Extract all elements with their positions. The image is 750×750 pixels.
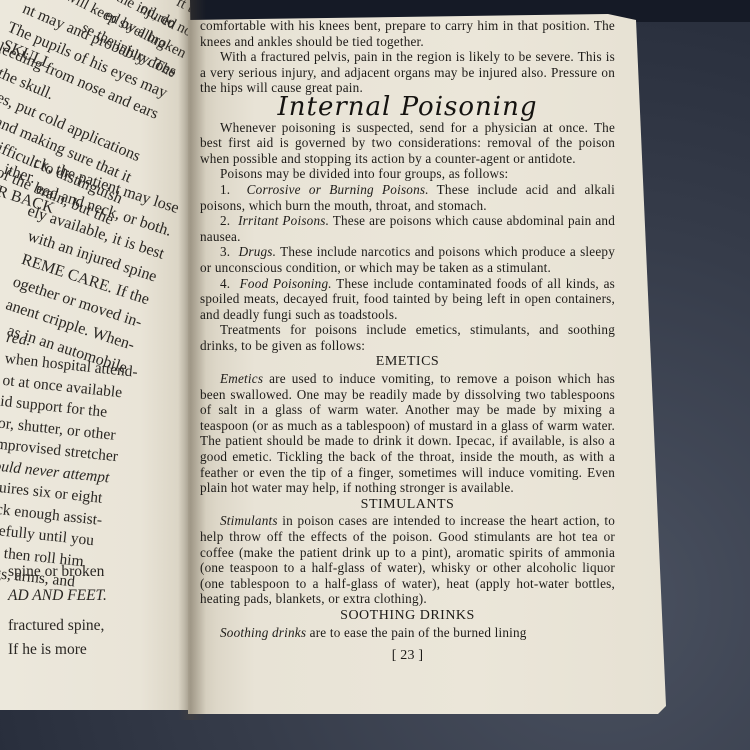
- page-title: Internal Poisoning: [200, 100, 615, 116]
- group-name: Corrosive or Burning Poisons.: [247, 182, 429, 197]
- intro-paragraph-2: With a fractured pelvis, pain in the reg…: [200, 49, 615, 96]
- lead-term: Stimulants: [220, 513, 278, 528]
- group-number: 2.: [220, 213, 230, 228]
- section-text: are to ease the pain of the burned linin…: [306, 625, 526, 640]
- page-number: [ 23 ]: [200, 648, 615, 664]
- section-heading-stimulants: STIMULANTS: [200, 497, 615, 513]
- group-name: Drugs.: [239, 244, 276, 259]
- groups-intro: Poisons may be divided into four groups,…: [200, 166, 615, 182]
- soothing-paragraph: Soothing drinks are to ease the pain of …: [200, 625, 615, 641]
- group-number: 1.: [220, 182, 230, 197]
- right-page-content: comfortable with his knees bent, prepare…: [200, 18, 615, 664]
- opening-paragraph: Whenever poisoning is suspected, send fo…: [200, 120, 615, 167]
- section-heading-soothing-drinks: SOOTHING DRINKS: [200, 608, 615, 624]
- group-name: Irritant Poisons.: [238, 213, 329, 228]
- poison-group-1: 1. Corrosive or Burning Poisons. These i…: [200, 182, 615, 213]
- section-text: are used to induce vomiting, to remove a…: [200, 371, 615, 495]
- treatments-intro: Treatments for poisons include emetics, …: [200, 322, 615, 353]
- section-heading-emetics: EMETICS: [200, 354, 615, 370]
- lead-term: Soothing drinks: [220, 625, 306, 640]
- poison-group-2: 2. Irritant Poisons. These are poisons w…: [200, 213, 615, 244]
- group-number: 3.: [220, 244, 230, 259]
- lead-term: Emetics: [220, 371, 263, 386]
- left-page: re, ft the od, do not ed by a broken se …: [0, 0, 200, 710]
- emetics-paragraph: Emetics are used to induce vomiting, to …: [200, 371, 615, 496]
- left-line: If he is more: [8, 638, 178, 662]
- intro-paragraph-1: comfortable with his knees bent, prepare…: [200, 18, 615, 49]
- stimulants-paragraph: Stimulants in poison cases are intended …: [200, 513, 615, 607]
- left-line: fractured spine,: [8, 614, 178, 638]
- group-number: 4.: [220, 276, 230, 291]
- poison-group-3: 3. Drugs. These include narcotics and po…: [200, 244, 615, 275]
- spine-text: spine or broken AD AND FEET.: [8, 560, 178, 608]
- left-line: spine or broken: [8, 560, 178, 584]
- poison-group-4: 4. Food Poisoning. These include contami…: [200, 276, 615, 323]
- fractured-text: fractured spine, If he is more: [8, 614, 178, 662]
- left-line: AD AND FEET.: [8, 584, 178, 608]
- group-name: Food Poisoning.: [240, 276, 332, 291]
